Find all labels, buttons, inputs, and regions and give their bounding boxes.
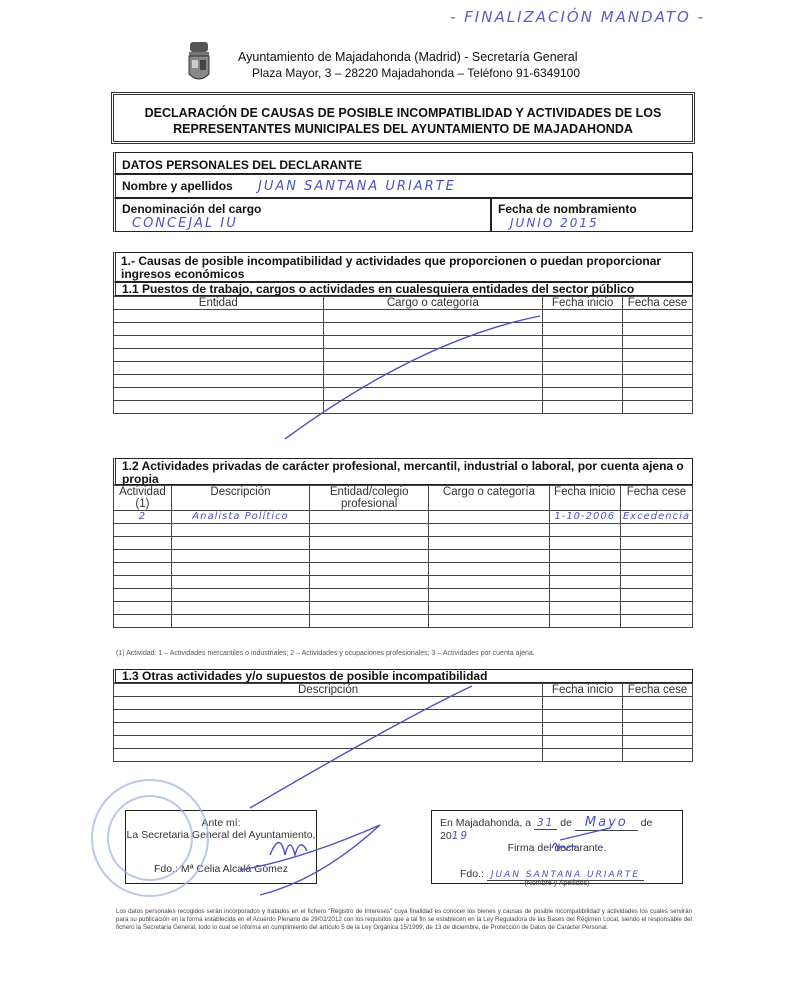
- position-label: Denominación del cargo: [122, 202, 484, 216]
- handwritten-annotation: - FINALIZACIÓN MANDATO -: [450, 8, 705, 26]
- table-cell[interactable]: [114, 524, 172, 537]
- name-field[interactable]: JUAN SANTANA URIARTE: [258, 179, 456, 194]
- table-cell[interactable]: 1-10-2006: [549, 511, 620, 524]
- table-cell[interactable]: [620, 524, 692, 537]
- table-cell[interactable]: [623, 749, 693, 762]
- table-row: [114, 375, 693, 388]
- table-cell[interactable]: [171, 602, 309, 615]
- table-cell[interactable]: [549, 602, 620, 615]
- table-cell[interactable]: [323, 375, 543, 388]
- table-row: [114, 749, 693, 762]
- table-cell[interactable]: [543, 749, 623, 762]
- section-1-heading: 1.- Causas de posible incompatibilidad y…: [113, 252, 693, 282]
- table-cell[interactable]: [543, 375, 623, 388]
- table-cell[interactable]: [429, 576, 549, 589]
- table-cell[interactable]: [323, 336, 543, 349]
- table-cell[interactable]: [543, 710, 623, 723]
- table-cell[interactable]: [623, 323, 693, 336]
- table-cell[interactable]: [549, 576, 620, 589]
- table-cell[interactable]: [114, 336, 324, 349]
- table-cell[interactable]: [114, 550, 172, 563]
- table-cell[interactable]: Excedencia: [620, 511, 692, 524]
- appointment-date-field[interactable]: JUNIO 2015: [510, 216, 686, 230]
- table-cell[interactable]: [114, 749, 543, 762]
- table-cell[interactable]: [620, 576, 692, 589]
- table-cell[interactable]: [620, 550, 692, 563]
- table-row: [114, 697, 693, 710]
- table-cell[interactable]: [543, 723, 623, 736]
- column-header: Descripción: [171, 486, 309, 511]
- name-label: Nombre y apellidos: [122, 179, 233, 193]
- table-cell[interactable]: Analista Político: [171, 511, 309, 524]
- fdo-label: Fdo.:: [460, 868, 484, 880]
- table-cell[interactable]: 2: [114, 511, 172, 524]
- table-cell[interactable]: [429, 511, 549, 524]
- name-row: Nombre y apellidos JUAN SANTANA URIARTE: [113, 174, 693, 198]
- table-cell[interactable]: [171, 524, 309, 537]
- table-cell[interactable]: [114, 723, 543, 736]
- coat-of-arms-icon: [186, 40, 212, 84]
- table-cell[interactable]: [549, 615, 620, 628]
- column-header: Fecha inicio: [549, 486, 620, 511]
- table-cell[interactable]: [549, 563, 620, 576]
- table-cell[interactable]: [310, 511, 429, 524]
- declarant-signature-box: En Majadahonda, a 31 de Mayo de 2019 Fir…: [431, 810, 683, 884]
- secretary-signature-box: Ante mí: La Secretaria General del Ayunt…: [125, 810, 317, 884]
- table-row: [114, 323, 693, 336]
- table-cell[interactable]: [429, 615, 549, 628]
- table-cell[interactable]: [114, 323, 324, 336]
- table-cell[interactable]: [114, 736, 543, 749]
- table-row: [114, 710, 693, 723]
- table-cell[interactable]: [623, 310, 693, 323]
- table-cell[interactable]: [171, 550, 309, 563]
- other-activities-table: DescripciónFecha inicioFecha cese: [113, 683, 693, 762]
- table-cell[interactable]: [620, 602, 692, 615]
- table-cell[interactable]: [623, 697, 693, 710]
- table-cell[interactable]: [171, 576, 309, 589]
- header-line-1: Ayuntamiento de Majadahonda (Madrid) - S…: [238, 50, 578, 64]
- section-1-3-heading: 1.3 Otras actividades y/o supuestos de p…: [113, 669, 693, 683]
- table-cell[interactable]: [429, 524, 549, 537]
- column-header: Fecha cese: [623, 297, 693, 310]
- column-header: Fecha cese: [620, 486, 692, 511]
- table-row: [114, 336, 693, 349]
- table-cell[interactable]: [620, 589, 692, 602]
- table-cell[interactable]: [114, 310, 324, 323]
- table-cell[interactable]: [114, 375, 324, 388]
- title-line-1: DECLARACIÓN DE CAUSAS DE POSIBLE INCOMPA…: [114, 105, 692, 121]
- appointment-date-label: Fecha de nombramiento: [498, 202, 686, 216]
- table-row: [114, 736, 693, 749]
- table-header-row: EntidadCargo o categoríaFecha inicioFech…: [114, 297, 693, 310]
- table-cell[interactable]: [549, 550, 620, 563]
- table-cell[interactable]: [623, 736, 693, 749]
- table-cell[interactable]: [543, 388, 623, 401]
- year-field[interactable]: 19: [452, 830, 469, 842]
- table-cell[interactable]: [310, 602, 429, 615]
- table-row: 2Analista Político1-10-2006Excedencia: [114, 511, 693, 524]
- table-cell[interactable]: [543, 336, 623, 349]
- activity-footnote: (1) Actividad: 1 – Actividades mercantil…: [116, 650, 535, 657]
- table-cell[interactable]: [543, 349, 623, 362]
- table-cell[interactable]: [323, 310, 543, 323]
- position-field[interactable]: CONCEJAL IU: [132, 216, 484, 231]
- table-cell[interactable]: [620, 615, 692, 628]
- public-sector-table: EntidadCargo o categoríaFecha inicioFech…: [113, 296, 693, 414]
- table-cell[interactable]: [429, 589, 549, 602]
- table-row: [114, 537, 693, 550]
- table-row: [114, 310, 693, 323]
- table-cell[interactable]: [310, 524, 429, 537]
- table-cell[interactable]: [543, 323, 623, 336]
- table-cell[interactable]: [114, 401, 324, 414]
- column-header: Actividad (1): [114, 486, 172, 511]
- table-row: [114, 563, 693, 576]
- table-cell[interactable]: [171, 563, 309, 576]
- table-cell[interactable]: [171, 537, 309, 550]
- table-cell[interactable]: [623, 388, 693, 401]
- table-cell[interactable]: [623, 710, 693, 723]
- header-line-2: Plaza Mayor, 3 – 28220 Majadahonda – Tel…: [252, 66, 580, 80]
- table-row: [114, 388, 693, 401]
- table-row: [114, 723, 693, 736]
- table-header-row: DescripciónFecha inicioFecha cese: [114, 684, 693, 697]
- table-cell[interactable]: [114, 697, 543, 710]
- legal-notice: Los datos personales recogidos serán inc…: [116, 908, 692, 932]
- date-cell: Fecha de nombramiento JUNIO 2015: [491, 198, 693, 232]
- document-title: DECLARACIÓN DE CAUSAS DE POSIBLE INCOMPA…: [111, 92, 695, 144]
- table-cell[interactable]: [549, 537, 620, 550]
- table-cell[interactable]: [623, 362, 693, 375]
- table-cell[interactable]: [543, 401, 623, 414]
- column-header: Fecha inicio: [543, 297, 623, 310]
- signature-label: Firma del declarante.: [432, 842, 682, 854]
- table-cell[interactable]: [114, 388, 324, 401]
- column-header: Fecha cese: [623, 684, 693, 697]
- table-cell[interactable]: [310, 563, 429, 576]
- table-cell[interactable]: [171, 589, 309, 602]
- table-cell[interactable]: [114, 362, 324, 375]
- table-cell[interactable]: [114, 710, 543, 723]
- table-cell[interactable]: [114, 602, 172, 615]
- table-cell[interactable]: [323, 388, 543, 401]
- table-cell[interactable]: [549, 589, 620, 602]
- private-activities-table: Actividad (1)DescripciónEntidad/colegio …: [113, 485, 693, 628]
- table-cell[interactable]: [429, 537, 549, 550]
- table-cell[interactable]: [171, 615, 309, 628]
- table-cell[interactable]: [310, 615, 429, 628]
- title-line-2: REPRESENTANTES MUNICIPALES DEL AYUNTAMIE…: [114, 121, 692, 137]
- table-cell[interactable]: [623, 375, 693, 388]
- column-header: Entidad/colegio profesional: [310, 486, 429, 511]
- column-header: Fecha inicio: [543, 684, 623, 697]
- table-cell[interactable]: [114, 537, 172, 550]
- table-cell[interactable]: [543, 697, 623, 710]
- column-header: Cargo o categoría: [323, 297, 543, 310]
- table-cell[interactable]: [323, 349, 543, 362]
- table-cell[interactable]: [114, 576, 172, 589]
- table-cell[interactable]: [429, 602, 549, 615]
- table-cell[interactable]: [310, 550, 429, 563]
- secretary-signed-by: Fdo.: Mª Celia Alcalá Gómez: [126, 863, 316, 875]
- table-cell[interactable]: [549, 524, 620, 537]
- table-cell[interactable]: [620, 563, 692, 576]
- fdo-line: Fdo.: JUAN SANTANA URIARTE: [460, 868, 682, 880]
- position-cell: Denominación del cargo CONCEJAL IU: [113, 198, 491, 232]
- day-field[interactable]: 31: [534, 817, 557, 830]
- table-cell[interactable]: [429, 563, 549, 576]
- table-cell[interactable]: [623, 723, 693, 736]
- table-row: [114, 524, 693, 537]
- month-field[interactable]: Mayo: [575, 815, 638, 831]
- table-row: [114, 349, 693, 362]
- column-header: Descripción: [114, 684, 543, 697]
- table-cell[interactable]: [623, 401, 693, 414]
- table-cell[interactable]: [310, 589, 429, 602]
- table-cell[interactable]: [310, 537, 429, 550]
- table-header-row: Actividad (1)DescripciónEntidad/colegio …: [114, 486, 693, 511]
- column-header: Entidad: [114, 297, 324, 310]
- de-text: de: [560, 817, 572, 829]
- table-cell[interactable]: [429, 550, 549, 563]
- table-row: [114, 576, 693, 589]
- table-cell[interactable]: [543, 362, 623, 375]
- table-row: [114, 550, 693, 563]
- table-cell[interactable]: [620, 537, 692, 550]
- place-date-line: En Majadahonda, a 31 de Mayo de 2019: [440, 815, 682, 842]
- table-cell[interactable]: [543, 736, 623, 749]
- table-cell[interactable]: [323, 362, 543, 375]
- table-cell[interactable]: [323, 401, 543, 414]
- personal-heading: DATOS PERSONALES DEL DECLARANTE: [113, 152, 693, 174]
- table-cell[interactable]: [323, 323, 543, 336]
- secretary-line-2: La Secretaria General del Ayuntamiento,: [126, 829, 316, 841]
- table-cell[interactable]: [114, 563, 172, 576]
- section-1-1-heading: 1.1 Puestos de trabajo, cargos o activid…: [113, 282, 693, 296]
- table-row: [114, 589, 693, 602]
- table-row: [114, 401, 693, 414]
- table-cell[interactable]: [114, 589, 172, 602]
- table-row: [114, 362, 693, 375]
- table-cell[interactable]: [114, 349, 324, 362]
- table-cell[interactable]: [114, 615, 172, 628]
- place-prefix: En Majadahonda, a: [440, 817, 531, 829]
- section-1-2-heading: 1.2 Actividades privadas de carácter pro…: [113, 458, 693, 485]
- table-cell[interactable]: [623, 349, 693, 362]
- table-row: [114, 602, 693, 615]
- table-row: [114, 615, 693, 628]
- secretary-line-1: Ante mí:: [126, 817, 316, 829]
- column-header: Cargo o categoría: [429, 486, 549, 511]
- table-cell[interactable]: [543, 310, 623, 323]
- table-cell[interactable]: [623, 336, 693, 349]
- table-cell[interactable]: [310, 576, 429, 589]
- name-caption: (Nombre y Apellidos): [432, 880, 682, 887]
